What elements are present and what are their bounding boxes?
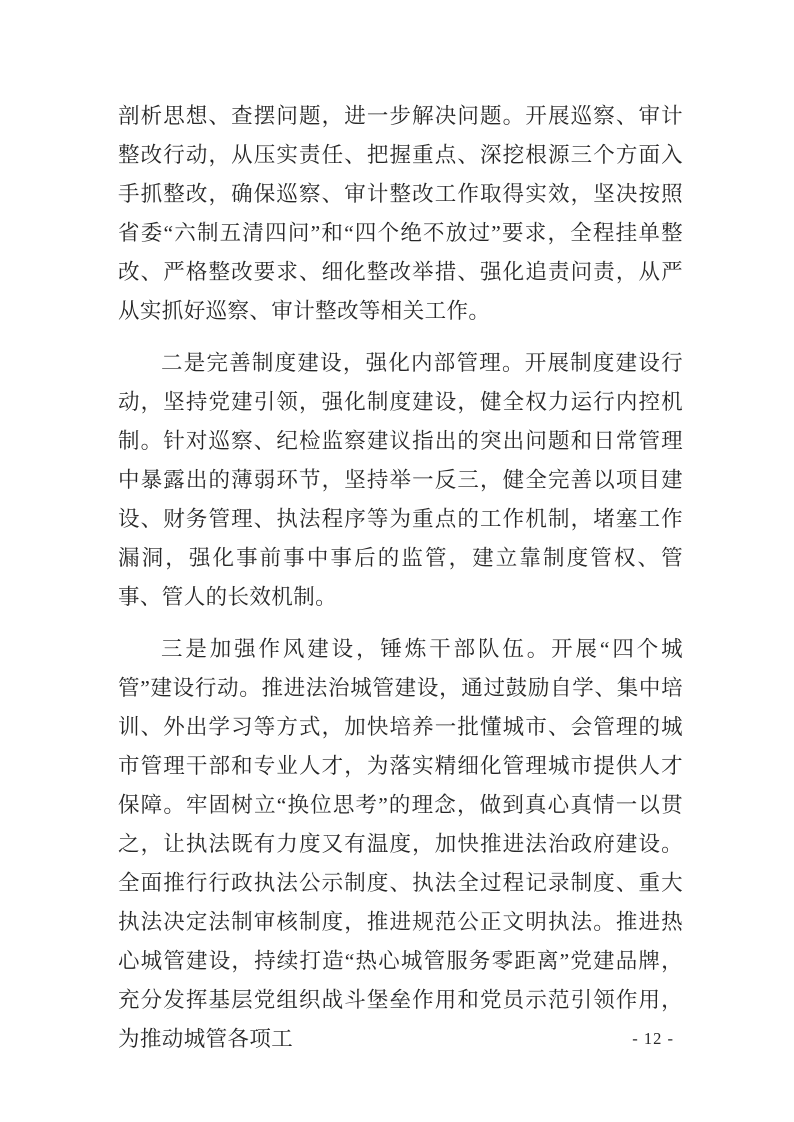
paragraph-rectification-work: 剖析思想、查摆问题，进一步解决问题。开展巡察、审计整改行动，从压实责任、把握重点… bbox=[118, 97, 683, 331]
page-number: - 12 - bbox=[0, 1029, 674, 1049]
paragraph-system-building: 二是完善制度建设，强化内部管理。开展制度建设行动，坚持党建引领，强化制度建设，健… bbox=[118, 344, 683, 617]
document-page: 剖析思想、查摆问题，进一步解决问题。开展巡察、审计整改行动，从压实责任、把握重点… bbox=[0, 0, 794, 1122]
paragraph-work-style: 三是加强作风建设，锤炼干部队伍。开展“四个城管”建设行动。推进法治城管建设，通过… bbox=[118, 630, 683, 1059]
document-body: 剖析思想、查摆问题，进一步解决问题。开展巡察、审计整改行动，从压实责任、把握重点… bbox=[118, 97, 683, 1059]
